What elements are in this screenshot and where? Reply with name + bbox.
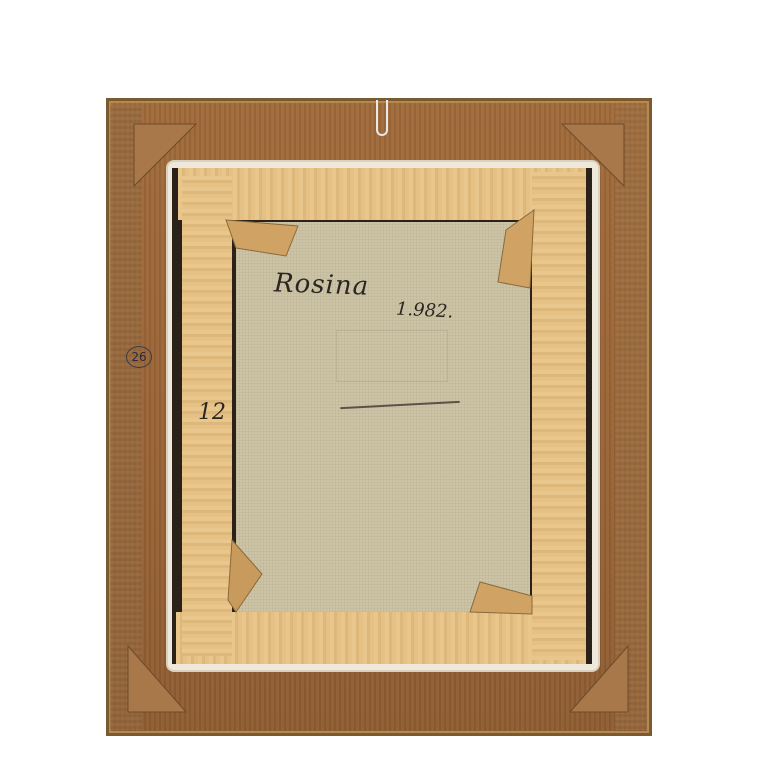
handwritten-year: 1.982.: [395, 299, 453, 323]
stretcher-keys: [0, 0, 780, 780]
handwritten-title: Rosina: [274, 268, 370, 301]
handwritten-number: 12: [198, 400, 226, 425]
